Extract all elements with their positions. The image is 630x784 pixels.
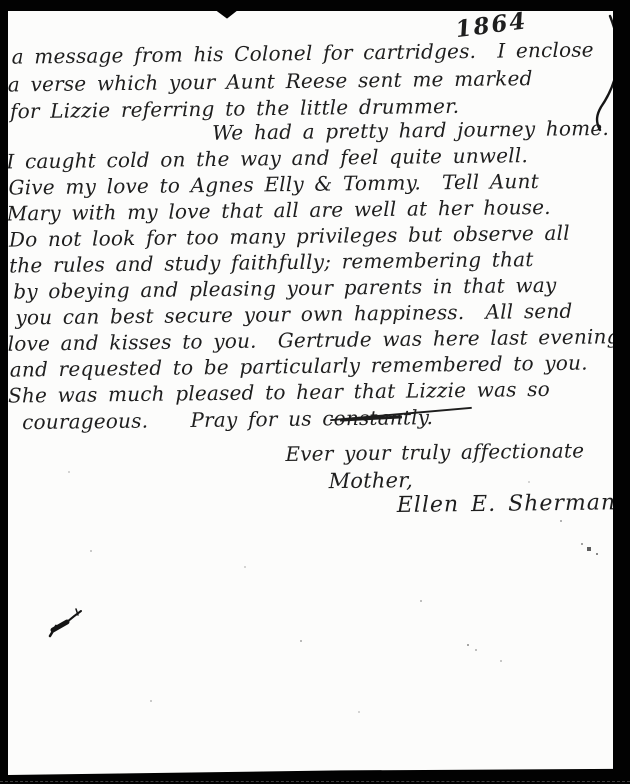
margin-bracket-mark xyxy=(586,11,622,137)
scan-speckles xyxy=(8,11,10,13)
letter-line: a message from his Colonel for cartridge… xyxy=(12,37,594,68)
letter-line: Give my love to Agnes Elly & Tommy. Tell… xyxy=(8,169,539,199)
ink-blot-mark xyxy=(48,607,86,643)
letter-signature: Ellen E. Sherman. xyxy=(397,491,625,518)
letter-line: the rules and study faithfully; remember… xyxy=(9,247,534,277)
letter-line: She was much pleased to hear that Lizzie… xyxy=(8,377,550,408)
letter-line: We had a pretty hard journey home. xyxy=(212,116,609,145)
scanner-edge-line xyxy=(0,781,630,782)
letter-line: I caught cold on the way and feel quite … xyxy=(6,143,528,173)
letter-valediction: Ever your truly affectionate xyxy=(285,438,584,466)
letter-line: a verse which your Aunt Reese sent me ma… xyxy=(8,66,533,96)
letter-signoff: Mother, xyxy=(328,468,413,493)
scanned-letter-page: 1864 a message from his Colonel for cart… xyxy=(0,0,630,784)
letter-year: 1864 xyxy=(454,9,529,42)
letter-paper: 1864 a message from his Colonel for cart… xyxy=(8,11,613,775)
letter-text-block: 1864 a message from his Colonel for cart… xyxy=(5,9,615,777)
